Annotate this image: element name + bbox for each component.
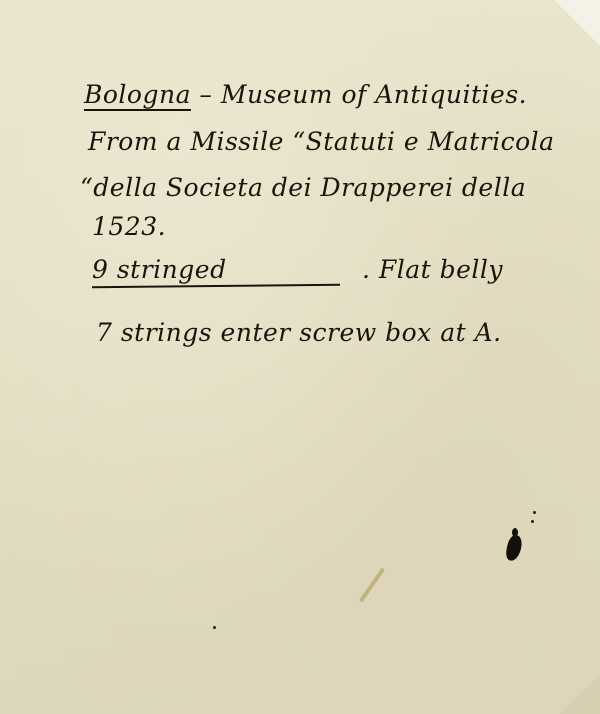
paper-corner-shadow [560,674,600,714]
line-year: 1523. [92,212,166,241]
stringed-heading: 9 stringed [92,255,227,284]
line-strings: 9 stringed . Flat belly [92,255,552,284]
ink-blot [504,534,523,562]
folded-corner [554,0,600,46]
line-title: Bologna – Museum of Antiquities. [84,80,527,109]
year-text: 1523. [92,212,166,241]
line-screw-box: 7 strings enter screw box at A. [96,318,502,347]
paper-stain [359,567,385,602]
line-society: “della Societa dei Drapperei della [80,173,526,202]
flat-belly-text: . Flat belly [362,255,503,284]
underline-rule [92,284,340,289]
place-heading: Bologna [84,80,191,109]
title-text: – Museum of Antiquities. [191,80,527,109]
source-text: From a Missile “Statuti e Matricola [88,127,555,156]
line-source: From a Missile “Statuti e Matricola [88,127,555,156]
ink-speck [533,511,536,514]
ink-speck [213,626,216,629]
ink-speck [531,520,534,523]
manuscript-page: Bologna – Museum of Antiquities. From a … [0,0,600,714]
society-text: “della Societa dei Drapperei della [80,173,526,202]
screw-box-text: 7 strings enter screw box at A. [96,318,502,347]
